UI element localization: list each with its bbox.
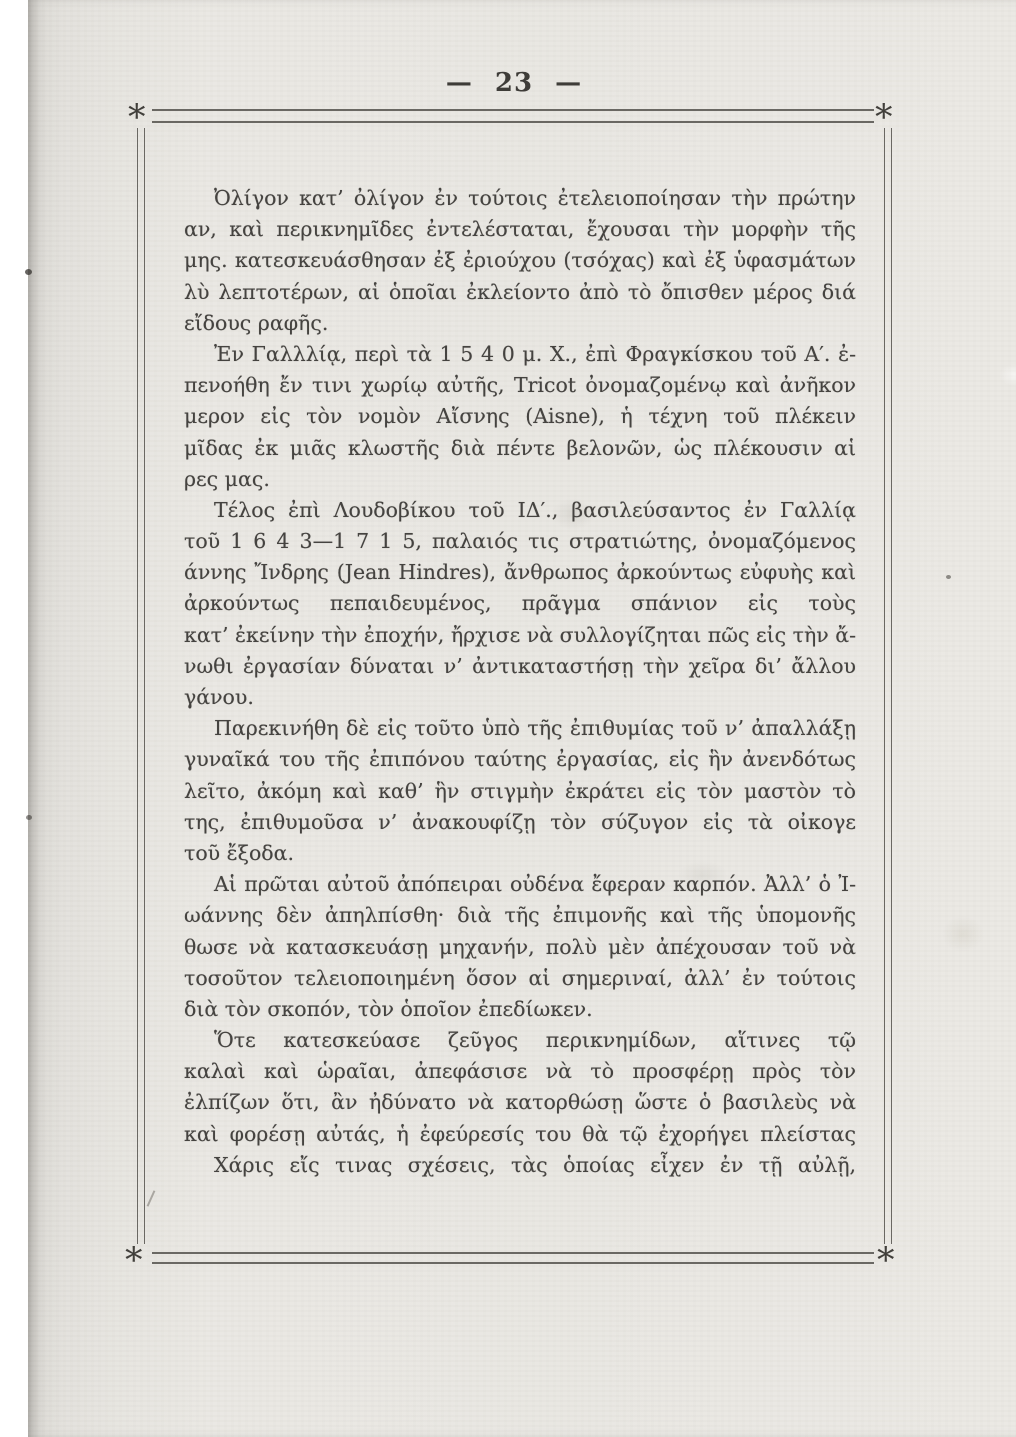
frame-right-outer-line	[884, 128, 885, 1244]
text-line: ἐλπίζων ὅτι, ἂν ἠδύνατο νὰ κατορθώσῃ ὥστ…	[184, 1087, 856, 1118]
text-line: Τέλος ἐπὶ Λουδοβίκου τοῦ ΙΔ′., βασιλεύσα…	[184, 495, 856, 526]
text-line: ρες μας.	[184, 464, 856, 495]
frame-top-outer-line	[152, 109, 874, 111]
text-line: διὰ τὸν σκοπόν, τὸν ὁποῖον ἐπεδίωκεν.	[184, 994, 856, 1025]
asterisk-ornament-icon: *	[875, 101, 893, 136]
text-line: τοσοῦτον τελειοποιημένη ὅσον αἱ σημερινα…	[184, 963, 856, 994]
frame-top-inner-line	[152, 121, 874, 123]
page-number: — 23 —	[140, 68, 888, 98]
paragraph: Ὅτε κατεσκεύασε ζεῦγος περικνημίδων, αἵτ…	[184, 1025, 856, 1150]
text-line: γάνου.	[184, 682, 856, 713]
text-line: γυναῖκά του τῆς ἐπιπόνου ταύτης ἐργασίας…	[184, 744, 856, 775]
paper-speck	[26, 815, 32, 820]
paragraph: Τέλος ἐπὶ Λουδοβίκου τοῦ ΙΔ′., βασιλεύσα…	[184, 495, 856, 713]
paper-speck	[25, 269, 32, 275]
paragraph: Αἱ πρῶται αὐτοῦ ἀπόπειραι οὐδένα ἔφεραν …	[184, 869, 856, 1025]
text-line: Αἱ πρῶται αὐτοῦ ἀπόπειραι οὐδένα ἔφεραν …	[184, 869, 856, 900]
text-line: εἴδους ραφῆς.	[184, 308, 856, 339]
text-line: μης. κατεσκευάσθησαν ἐξ ἐριούχου (τσόχας…	[184, 245, 856, 276]
text-line: άννης Ἴνδρης (Jean Hindres), ἄνθρωπος ἀρ…	[184, 557, 856, 588]
text-line: λεῖτο, ἀκόμη καὶ καθ’ ἣν στιγμὴν ἐκράτει…	[184, 776, 856, 807]
text-line: μερον εἰς τὸν νομὸν Αἴσνης (Aisne), ἡ τέ…	[184, 401, 856, 432]
frame-left-inner-line	[144, 128, 145, 1244]
asterisk-ornament-icon: *	[128, 101, 146, 136]
text-line: καὶ φορέσῃ αὐτάς, ἡ ἐφεύρεσίς του θὰ τῷ …	[184, 1119, 856, 1150]
text-line: ἀρκούντως πεπαιδευμένος, πρᾶγμα σπάνιον …	[184, 588, 856, 619]
text-line: νωθι ἐργασίαν δύναται ν’ ἀντικαταστήσῃ τ…	[184, 651, 856, 682]
frame-right-inner-line	[891, 128, 892, 1244]
paragraph: Ἐν Γαλλλίᾳ, περὶ τὰ 1 5 4 0 μ. Χ., ἐπὶ Φ…	[184, 339, 856, 495]
text-line: της, ἐπιθυμοῦσα ν’ ἀνακουφίζῃ τὸν σύζυγο…	[184, 807, 856, 838]
text-line: Ἐν Γαλλλίᾳ, περὶ τὰ 1 5 4 0 μ. Χ., ἐπὶ Φ…	[184, 339, 856, 370]
text-line: ωάννης δὲν ἀπηλπίσθη· διὰ τῆς ἐπιμονῆς κ…	[184, 900, 856, 931]
text-line: θωσε νὰ κατασκευάσῃ μηχανήν, πολὺ μὲν ἀπ…	[184, 932, 856, 963]
paper-speck	[946, 575, 951, 579]
paragraph: Παρεκινήθη δὲ εἰς τοῦτο ὑπὸ τῆς ἐπιθυμία…	[184, 713, 856, 869]
frame-bottom-outer-line	[152, 1252, 874, 1254]
asterisk-ornament-icon: *	[125, 1244, 143, 1279]
text-line: κατ’ ἐκείνην τὴν ἐποχήν, ἤρχισε νὰ συλλο…	[184, 620, 856, 651]
text-line: πενοήθη ἔν τινι χωρίῳ αὐτῆς, Tricot ὀνομ…	[184, 370, 856, 401]
text-line: τοῦ ἔξοδα.	[184, 838, 856, 869]
text-line: μῖδας ἐκ μιᾶς κλωστῆς διὰ πέντε βελονῶν,…	[184, 433, 856, 464]
text-block: Ὀλίγον κατ’ ὀλίγον ἐν τούτοις ἐτελειοποί…	[184, 183, 856, 1181]
text-line: Ὀλίγον κατ’ ὀλίγον ἐν τούτοις ἐτελειοποί…	[184, 183, 856, 214]
asterisk-ornament-icon: *	[877, 1244, 895, 1279]
text-line: τοῦ 1 6 4 3—1 7 1 5, παλαιός τις στρατιώ…	[184, 526, 856, 557]
scanned-book-page: — 23 — * * * * Ὀλίγον κατ’ ὀλίγον ἐν τού…	[0, 0, 1016, 1437]
text-line: λὺ λεπτοτέρων, αἱ ὁποῖαι ἐκλείοντο ἀπὸ τ…	[184, 277, 856, 308]
text-line: Ὅτε κατεσκεύασε ζεῦγος περικνημίδων, αἵτ…	[184, 1025, 856, 1056]
text-line: Χάρις εἴς τινας σχέσεις, τὰς ὁποίας εἶχε…	[184, 1150, 856, 1181]
text-line: καλαὶ καὶ ὡραῖαι, ἀπεφάσισε νὰ τὸ προσφέ…	[184, 1056, 856, 1087]
paragraph: Ὀλίγον κατ’ ὀλίγον ἐν τούτοις ἐτελειοποί…	[184, 183, 856, 339]
frame-left-outer-line	[137, 128, 138, 1244]
paragraph: Χάρις εἴς τινας σχέσεις, τὰς ὁποίας εἶχε…	[184, 1150, 856, 1181]
text-line: αν, καὶ περικνημῖδες ἐντελέσταται, ἔχουσ…	[184, 214, 856, 245]
text-line: Παρεκινήθη δὲ εἰς τοῦτο ὑπὸ τῆς ἐπιθυμία…	[184, 713, 856, 744]
frame-bottom-inner-line	[152, 1262, 874, 1264]
